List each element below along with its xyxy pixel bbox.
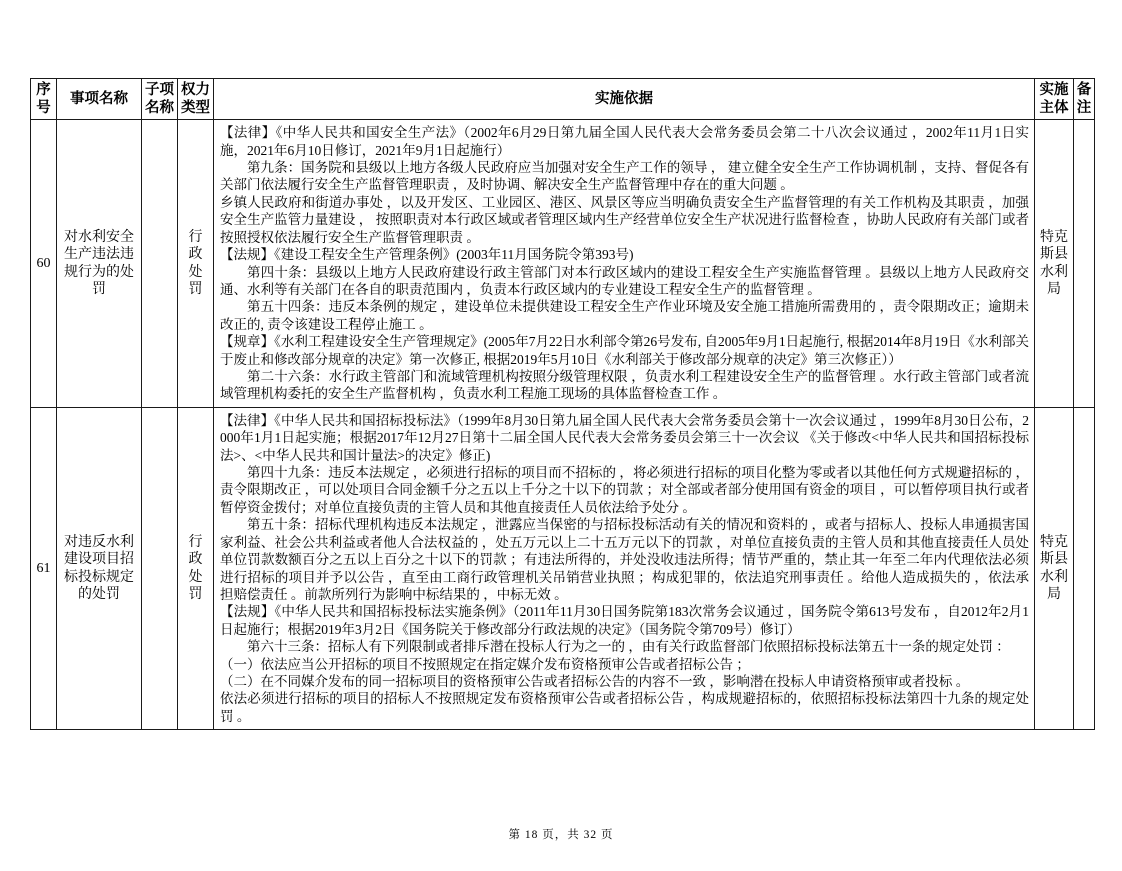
basis-paragraph: 第五十条：招标代理机构违反本法规定 ，泄露应当保密的与招标投标活动有关的情况和资… xyxy=(220,516,1029,603)
col-header-item-name: 事项名称 xyxy=(57,79,142,120)
basis-paragraph: 第五十四条：违反本条例的规定 ，建设单位未提供建设工程安全生产作业环境及安全施工… xyxy=(220,298,1029,333)
power-list-table: 序号 事项名称 子项名称 权力类型 实施依据 实施主体 备注 60对水利安全生产… xyxy=(30,78,1095,730)
cell-item-name: 对违反水利建设项目招标投标规定的处罚 xyxy=(57,408,142,730)
basis-paragraph: 第二十六条：水行政主管部门和流域管理机构按照分级管理权限 ，负责水利工程建设安全… xyxy=(220,368,1029,403)
basis-paragraph: 【法律】《中华人民共和国安全生产法》（2002年6月29日第九届全国人民代表大会… xyxy=(220,124,1029,159)
table-body: 60对水利安全生产违法违规行为的处罚行政处罚【法律】《中华人民共和国安全生产法》… xyxy=(31,120,1095,730)
col-header-basis: 实施依据 xyxy=(214,79,1035,120)
col-header-sub-item: 子项名称 xyxy=(142,79,178,120)
cell-implementer: 特克斯县水利局 xyxy=(1035,120,1074,408)
basis-paragraph: 第四十九条：违反本法规定 ，必须进行招标的项目而不招标的 ，将必须进行招标的项目… xyxy=(220,464,1029,516)
cell-remark xyxy=(1074,120,1095,408)
cell-basis: 【法律】《中华人民共和国招标投标法》（1999年8月30日第九届全国人民代表大会… xyxy=(214,408,1035,730)
cell-seq: 61 xyxy=(31,408,57,730)
col-header-implementer: 实施主体 xyxy=(1035,79,1074,120)
cell-power-type: 行政处罚 xyxy=(178,408,214,730)
header-row: 序号 事项名称 子项名称 权力类型 实施依据 实施主体 备注 xyxy=(31,79,1095,120)
col-header-remark: 备注 xyxy=(1074,79,1095,120)
basis-paragraph: 【法规】《建设工程安全生产管理条例》(2003年11月国务院令第393号) xyxy=(220,246,1029,263)
basis-paragraph: 第六十三条：招标人有下列限制或者排斥潜在投标人行为之一的 ，由有关行政监督部门依… xyxy=(220,638,1029,655)
basis-paragraph: 依法必须进行招标的项目的招标人不按照规定发布资格预审公告或者招标公告 ，构成规避… xyxy=(220,690,1029,725)
basis-paragraph: （一）依法应当公开招标的项目不按照规定在指定媒介发布资格预审公告或者招标公告 ； xyxy=(220,656,1029,673)
basis-paragraph: 第九条：国务院和县级以上地方各级人民政府应当加强对安全生产工作的领导 ， 建立健… xyxy=(220,159,1029,194)
col-header-power-type: 权力类型 xyxy=(178,79,214,120)
page-footer: 第 18 页，共 32 页 xyxy=(0,826,1122,842)
table-row: 60对水利安全生产违法违规行为的处罚行政处罚【法律】《中华人民共和国安全生产法》… xyxy=(31,120,1095,408)
cell-power-type: 行政处罚 xyxy=(178,120,214,408)
cell-remark xyxy=(1074,408,1095,730)
cell-sub-item-name xyxy=(142,408,178,730)
cell-item-name: 对水利安全生产违法违规行为的处罚 xyxy=(57,120,142,408)
cell-basis: 【法律】《中华人民共和国安全生产法》（2002年6月29日第九届全国人民代表大会… xyxy=(214,120,1035,408)
cell-implementer: 特克斯县水利局 xyxy=(1035,408,1074,730)
basis-paragraph: （二）在不同媒介发布的同一招标项目的资格预审公告或者招标公告的内容不一致 ，影响… xyxy=(220,673,1029,690)
col-header-seq: 序号 xyxy=(31,79,57,120)
table-row: 61对违反水利建设项目招标投标规定的处罚行政处罚【法律】《中华人民共和国招标投标… xyxy=(31,408,1095,730)
basis-paragraph: 【规章】《水利工程建设安全生产管理规定》(2005年7月22日水利部令第26号发… xyxy=(220,333,1029,368)
basis-paragraph: 【法律】《中华人民共和国招标投标法》（1999年8月30日第九届全国人民代表大会… xyxy=(220,412,1029,464)
cell-sub-item-name xyxy=(142,120,178,408)
cell-seq: 60 xyxy=(31,120,57,408)
basis-paragraph: 乡镇人民政府和街道办事处 ，以及开发区、工业园区、港区、风景区等应当明确负责安全… xyxy=(220,194,1029,246)
basis-paragraph: 第四十条：县级以上地方人民政府建设行政主管部门对本行政区域内的建设工程安全生产实… xyxy=(220,264,1029,299)
basis-paragraph: 【法规】《中华人民共和国招标投标法实施条例》（2011年11月30日国务院第18… xyxy=(220,603,1029,638)
